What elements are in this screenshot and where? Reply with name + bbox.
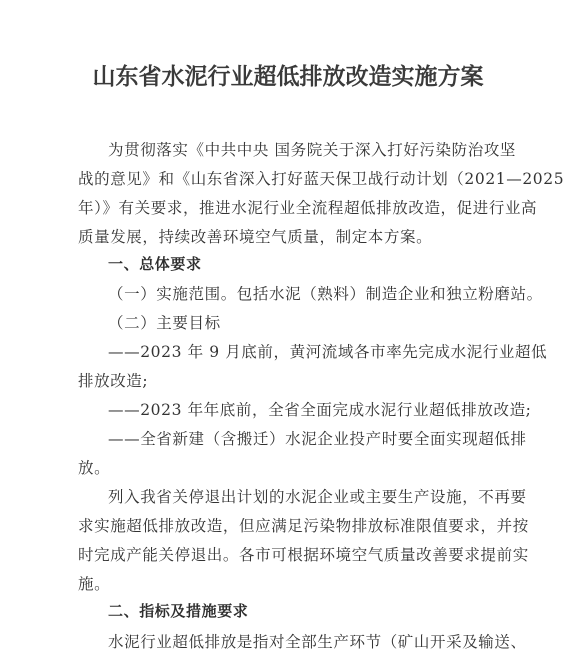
paragraph-line: 战的意见》和《山东省深入打好蓝天保卫战行动计划（2021—2025 [78,167,564,189]
paragraph-line: （一）实施范围。包括水泥（熟料）制造企业和独立粉磨站。 [108,282,543,304]
section-heading: 一、总体要求 [108,253,202,274]
document-title: 山东省水泥行业超低排放改造实施方案 [0,58,576,91]
paragraph-line: 为贯彻落实《中共中央 国务院关于深入打好污染防治攻坚 [108,138,516,160]
paragraph-line: 质量发展，持续改善环境空气质量，制定本方案。 [78,225,432,247]
paragraph-line: 时完成产能关停退出。各市可根据环境空气质量改善要求提前实 [78,543,529,565]
paragraph-line: 求实施超低排放改造，但应满足污染物排放标准限值要求，并按 [78,514,529,536]
paragraph-line: ——2023 年年底前，全省全面完成水泥行业超低排放改造; [108,398,532,420]
paragraph-line: 年）》有关要求，推进水泥行业全流程超低排放改造，促进行业高 [78,196,537,218]
paragraph-line: 施。 [78,572,110,594]
paragraph-line: （二）主要目标 [108,311,221,333]
paragraph-line: 放。 [78,456,110,478]
paragraph-line: ——全省新建（含搬迁）水泥企业投产时要全面实现超低排 [108,427,527,449]
section-heading: 二、指标及措施要求 [108,600,248,621]
paragraph-line: 水泥行业超低排放是指对全部生产环节（矿山开采及输送、 [108,630,527,652]
paragraph-line: ——2023 年 9 月底前，黄河流域各市率先完成水泥行业超低 [108,340,547,362]
paragraph-line: 排放改造; [78,369,148,391]
paragraph-line: 列入我省关停退出计划的水泥企业或主要生产设施，不再要 [108,485,527,507]
